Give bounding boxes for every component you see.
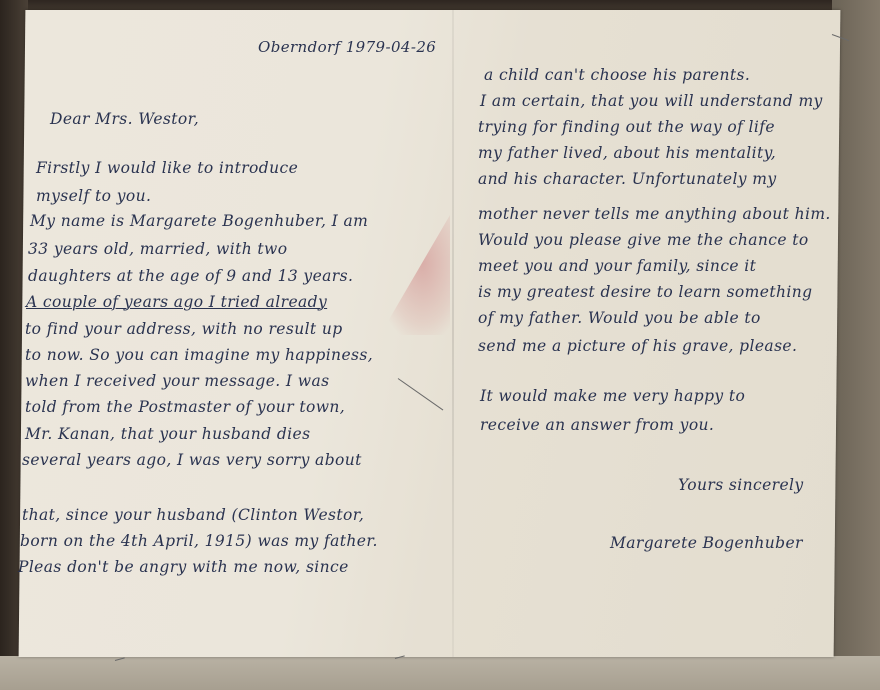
letter-line: Would you please give me the chance to	[478, 231, 809, 249]
letter-line: and his character. Unfortunately my	[478, 170, 777, 188]
letter-line: I am certain, that you will understand m…	[480, 92, 823, 110]
letter-line: that, since your husband (Clinton Westor…	[22, 506, 364, 524]
letter-line: send me a picture of his grave, please.	[478, 337, 797, 355]
valediction: Yours sincerely	[678, 476, 804, 494]
closing-line: It would make me very happy to	[480, 387, 745, 405]
letter-line: several years ago, I was very sorry abou…	[22, 451, 362, 469]
letter-line: A couple of years ago I tried already	[26, 293, 327, 311]
letter-line: born on the 4th April, 1915) was my fath…	[20, 532, 378, 550]
letter-line: is my greatest desire to learn something	[478, 283, 812, 301]
letter-line: Mr. Kanan, that your husband dies	[25, 425, 310, 443]
letter-line: told from the Postmaster of your town,	[25, 398, 345, 416]
letter-line: of my father. Would you be able to	[478, 309, 761, 327]
letter-line: Pleas don't be angry with me now, since	[18, 558, 349, 576]
letter-line: to find your address, with no result up	[25, 320, 343, 338]
salutation: Dear Mrs. Westor,	[50, 110, 199, 128]
letter-line: daughters at the age of 9 and 13 years.	[28, 267, 353, 285]
place-date: Oberndorf 1979-04-26	[258, 38, 436, 56]
letter-line: mother never tells me anything about him…	[478, 205, 831, 223]
signature: Margarete Bogenhuber	[610, 534, 803, 552]
letter-line: Firstly I would like to introduce	[36, 159, 298, 177]
letter-line: myself to you.	[36, 187, 151, 205]
letter-line: my father lived, about his mentality,	[478, 144, 776, 162]
letter-line: when I received your message. I was	[25, 372, 329, 390]
left-page: Oberndorf 1979-04-26 Dear Mrs. Westor, F…	[0, 0, 450, 690]
letter-line: trying for finding out the way of life	[478, 118, 775, 136]
closing-line: receive an answer from you.	[480, 416, 714, 434]
letter-line: 33 years old, married, with two	[28, 240, 287, 258]
right-page: a child can't choose his parents. I am c…	[450, 0, 850, 690]
letter-line: a child can't choose his parents.	[484, 66, 750, 84]
letter-line: to now. So you can imagine my happiness,	[25, 346, 373, 364]
letter-line: My name is Margarete Bogenhuber, I am	[30, 212, 368, 230]
letter-line: meet you and your family, since it	[478, 257, 756, 275]
